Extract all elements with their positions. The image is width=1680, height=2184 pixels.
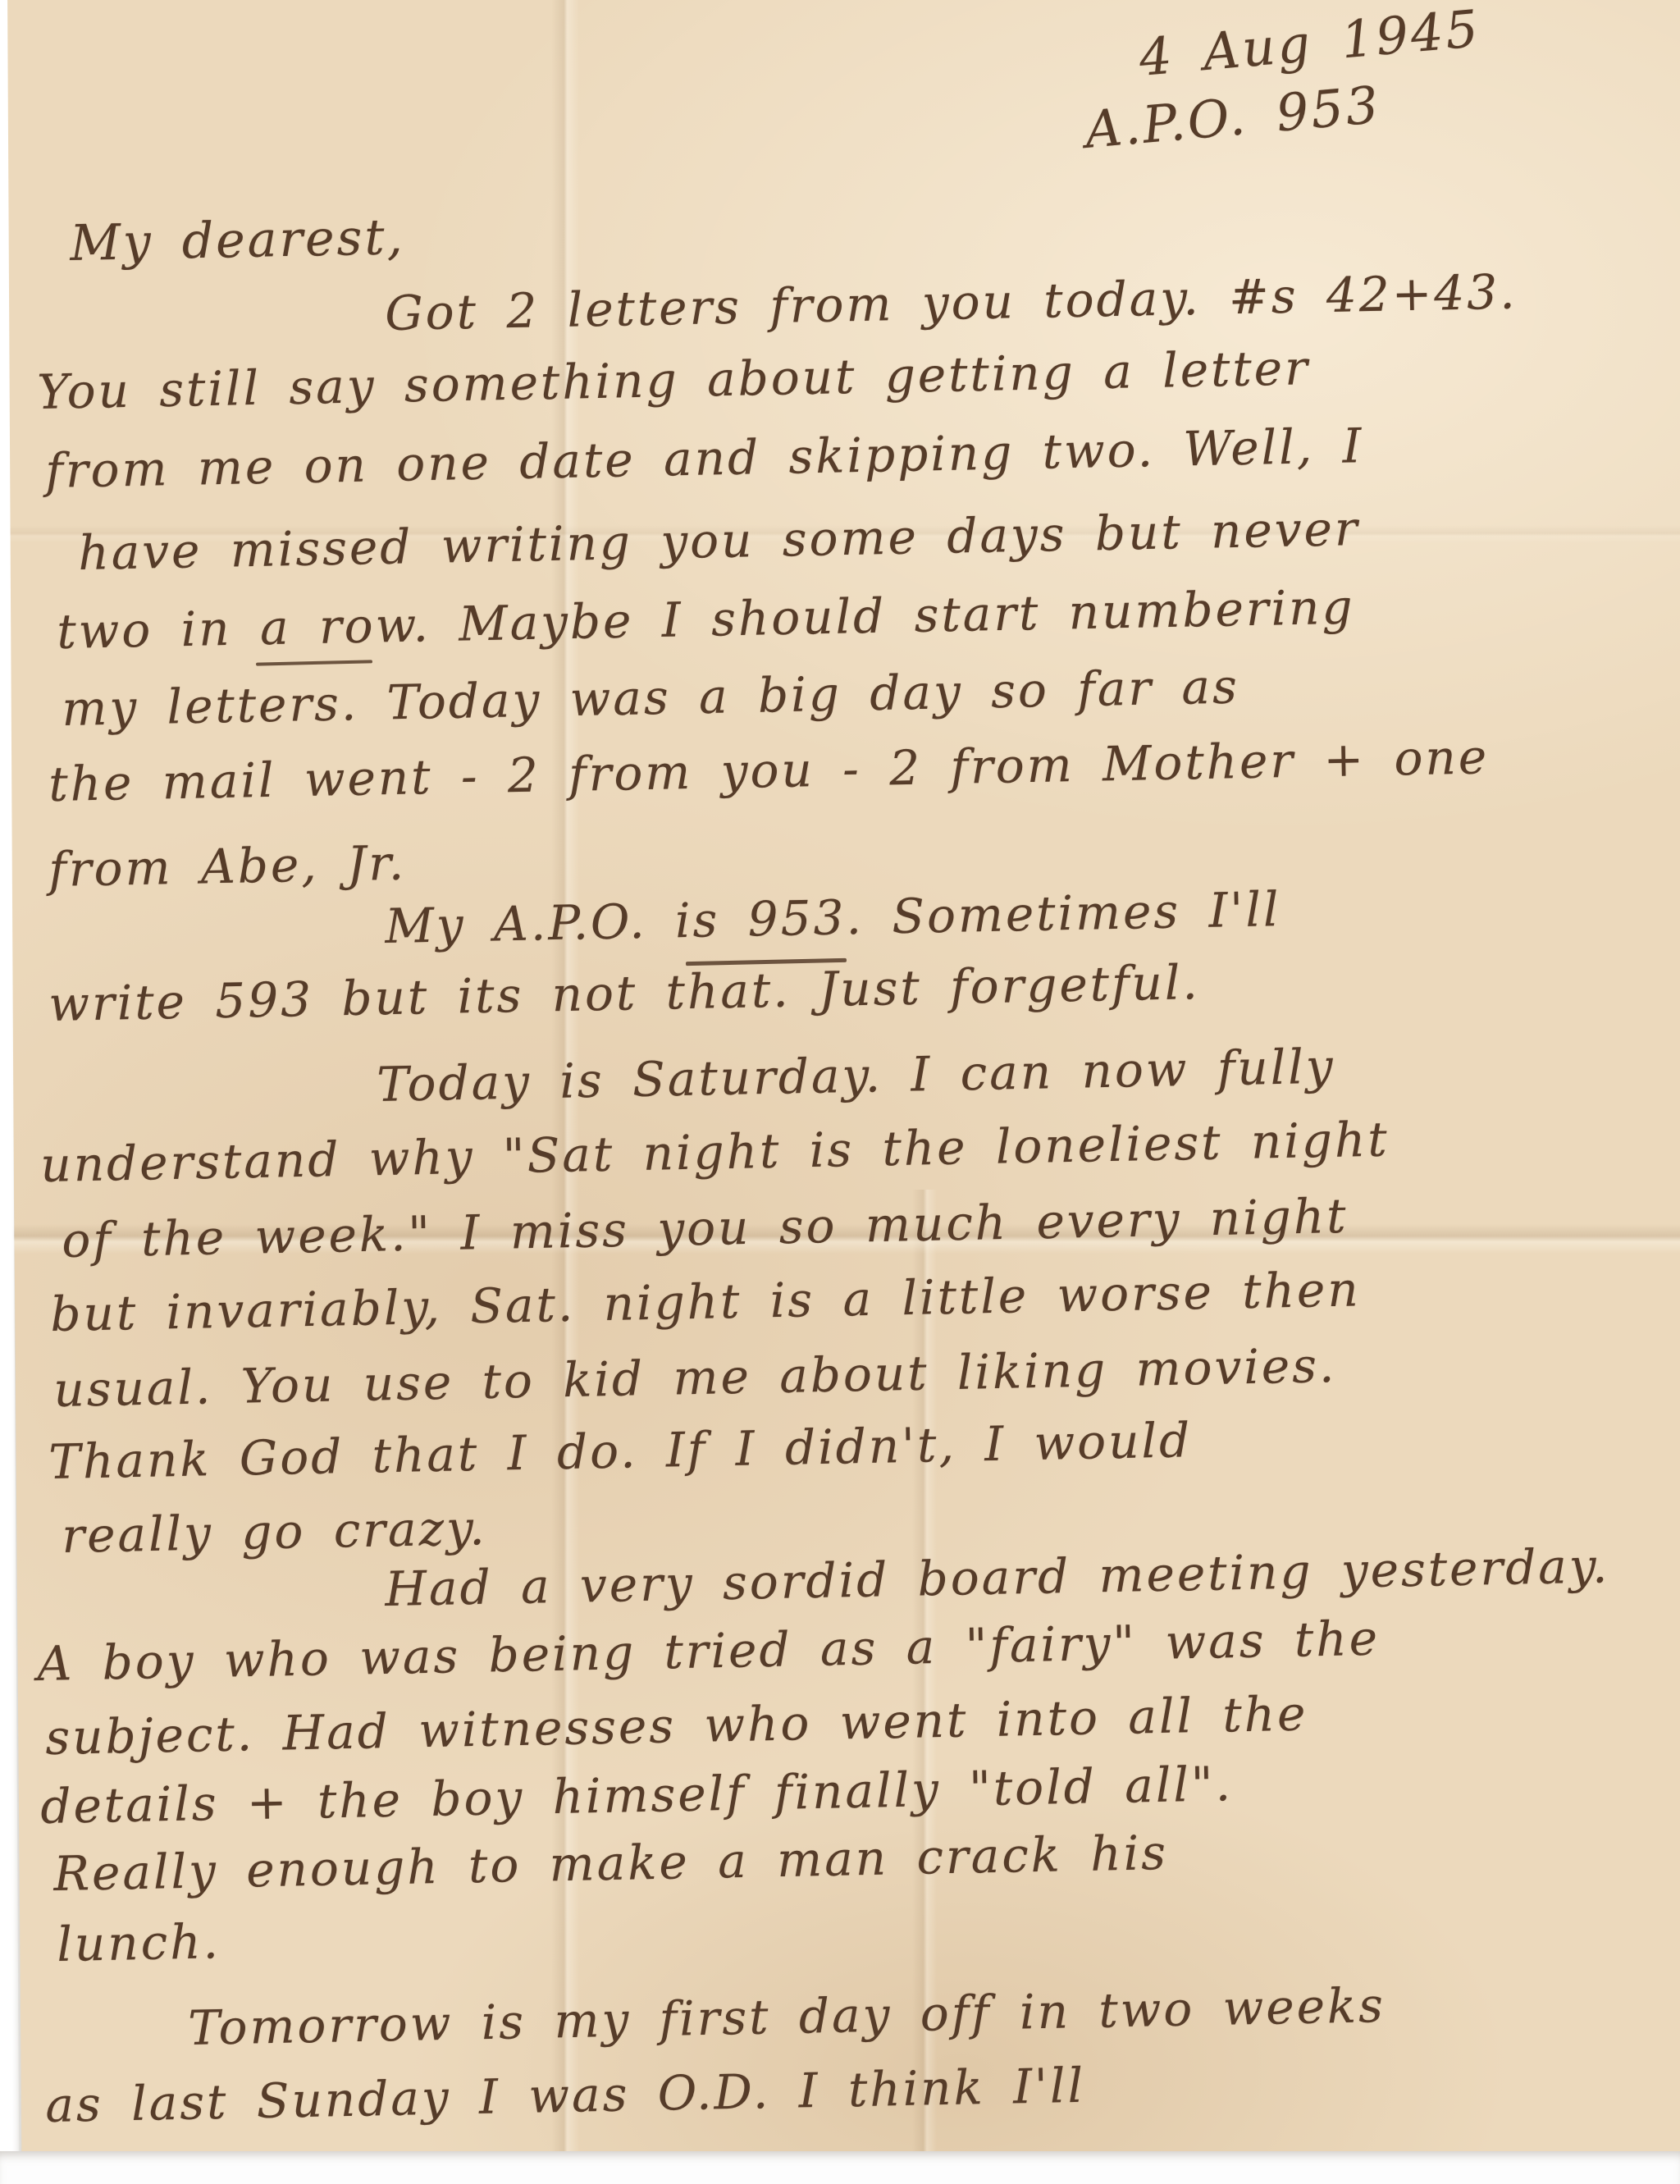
salutation-line: My dearest, [70, 208, 406, 272]
scanner-bed-bottom-edge [0, 2151, 1680, 2184]
letter-scan: 4 Aug 1945 A.P.O. 953 My dearest, Got 2 … [0, 0, 1680, 2184]
letter-line: from Abe, Jr. [48, 835, 407, 898]
letter-line: really go crazy. [62, 1500, 487, 1564]
letter-line: lunch. [57, 1913, 221, 1972]
